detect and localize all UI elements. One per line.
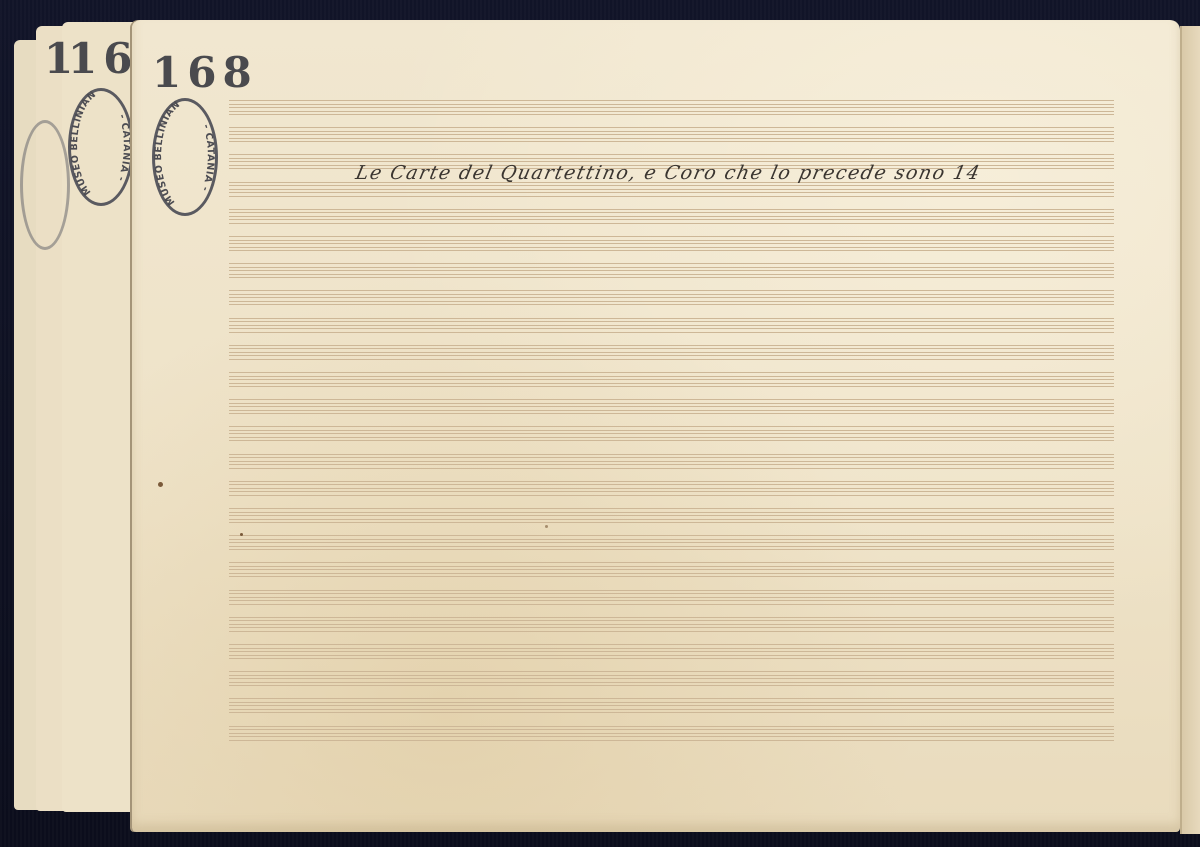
staff	[229, 290, 1114, 304]
folio-number-leaf-2: 16	[68, 38, 138, 80]
staff	[229, 698, 1114, 712]
svg-text:MUSEO BELLINIANO: MUSEO BELLINIANO	[68, 88, 98, 197]
staff	[229, 562, 1114, 576]
stamp-bottom-text: - CATANIA -	[199, 123, 216, 193]
staff	[229, 372, 1114, 386]
svg-text:- CATANIA -: - CATANIA -	[199, 123, 216, 193]
staff	[229, 236, 1114, 250]
ink-spot	[158, 482, 163, 487]
staff	[229, 671, 1114, 685]
museum-stamp-icon: MUSEO BELLINIANO - CATANIA -	[152, 98, 218, 216]
staff	[229, 481, 1114, 495]
music-staves	[229, 0, 1114, 847]
svg-text:MUSEO BELLINIANO: MUSEO BELLINIANO	[152, 98, 182, 207]
staff	[229, 644, 1114, 658]
staff	[229, 454, 1114, 468]
ink-spot	[240, 533, 243, 536]
staff	[229, 318, 1114, 332]
staff	[229, 535, 1114, 549]
staff	[229, 345, 1114, 359]
staff	[229, 508, 1114, 522]
staff	[229, 726, 1114, 740]
stamp-top-text: MUSEO BELLINIANO	[68, 88, 98, 197]
museum-stamp-icon: MUSEO BELLINIANO - CATANIA -	[68, 88, 134, 206]
handwritten-annotation: Le Carte del Quartettino, e Coro che lo …	[354, 162, 983, 184]
ink-spot	[545, 525, 548, 528]
staff	[229, 426, 1114, 440]
staff	[229, 263, 1114, 277]
staff	[229, 100, 1114, 114]
staff	[229, 590, 1114, 604]
staff	[229, 399, 1114, 413]
staff	[229, 127, 1114, 141]
stamp-bottom-text: - CATANIA -	[115, 113, 132, 183]
stamp-top-text: MUSEO BELLINIANO	[152, 98, 182, 207]
staff	[229, 617, 1114, 631]
next-page-edge	[1180, 26, 1200, 834]
museum-stamp-faded-icon	[20, 120, 70, 250]
svg-text:- CATANIA -: - CATANIA -	[115, 113, 132, 183]
staff	[229, 209, 1114, 223]
